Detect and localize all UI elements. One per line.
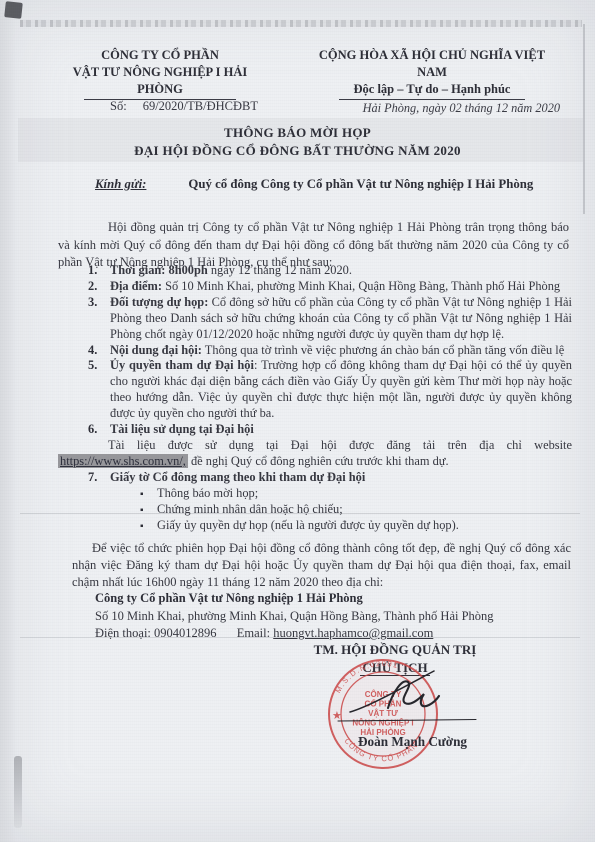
agenda-item-number: 6. (88, 422, 97, 438)
phone-value: 0904012896 (154, 626, 217, 640)
salutation-label: Kính gửi: (95, 177, 146, 191)
scan-artifact-right-line (583, 24, 585, 214)
agenda-item-bring: 7. Giấy tờ Cổ đông mang theo khi tham dự… (58, 470, 572, 486)
signer-name: Đoàn Mạnh Cường (330, 734, 495, 750)
document-title-line1: THÔNG BÁO MỜI HỌP (0, 124, 595, 142)
document-number-value: 69/2020/TB/ĐHCĐBT (143, 99, 258, 113)
handwritten-signature-icon (336, 664, 481, 726)
contact-company: Công ty Cổ phần Vật tư Nông nghiệp 1 Hải… (95, 590, 494, 608)
phone-label: Điện thoại: (95, 626, 151, 640)
agenda-item-documents: 6. Tài liệu sử dụng tại Đại hội (58, 422, 572, 438)
salutation-recipient: Quý cổ đông Công ty Cổ phần Vật tư Nông … (188, 177, 533, 191)
documents-note-post: đề nghị Quý cổ đông nghiên cứu trước khi… (188, 454, 449, 468)
documents-note-pre: Tài liệu được sử dụng tại Đại hội được đ… (108, 438, 572, 452)
agenda-item-text: Số 10 Minh Khai, phường Minh Khai, Quận … (162, 279, 560, 293)
document-title-line2: ĐẠI HỘI ĐỒNG CỔ ĐÔNG BẤT THƯỜNG NĂM 2020 (0, 142, 595, 160)
agenda-item-number: 2. (88, 279, 97, 295)
issuer-name-line2: VẬT TƯ NÔNG NGHIỆP I HẢI PHÒNG (55, 64, 265, 100)
bring-items-list: Thông báo mời họp; Chứng minh nhân dân h… (58, 486, 572, 534)
bring-item-proxy-form: Giấy ủy quyền dự họp (nếu là người được … (58, 518, 572, 534)
agenda-item-time: 1. Thời gian: 8h00ph ngày 12 tháng 12 nă… (58, 263, 572, 279)
bring-item-id: Chứng minh nhân dân hoặc hộ chiếu; (58, 502, 572, 518)
contact-block: Công ty Cổ phần Vật tư Nông nghiệp 1 Hải… (95, 590, 494, 643)
website-link: https://www.shs.com.vn/, (58, 454, 188, 468)
agenda-item-label: Đối tượng dự họp: (110, 295, 208, 309)
agenda-item-label: Thời gian: 8h00ph (110, 263, 208, 277)
agenda-item-label: Địa điểm: (110, 279, 162, 293)
issuer-name-line1: CÔNG TY CỔ PHẦN (55, 47, 265, 64)
scanned-document-page: CÔNG TY CỔ PHẦN VẬT TƯ NÔNG NGHIỆP I HẢI… (0, 0, 595, 842)
place-date-line: Hải Phòng, ngày 02 tháng 12 năm 2020 (340, 101, 560, 116)
agenda-item-label: Tài liệu sử dụng tại Đại hội (110, 422, 254, 436)
agenda-item-content: 4. Nội dung đại hội: Thông qua tờ trình … (58, 343, 572, 359)
agenda-item-number: 7. (88, 470, 97, 486)
documents-note: Tài liệu được sử dụng tại Đại hội được đ… (58, 438, 572, 470)
closing-paragraph: Để việc tổ chức phiên họp Đại hội đồng c… (72, 540, 571, 592)
document-title: THÔNG BÁO MỜI HỌP ĐẠI HỘI ĐỒNG CỔ ĐÔNG B… (0, 124, 595, 159)
scan-artifact-bottom-smudge (14, 756, 22, 828)
scan-artifact-top-band (20, 20, 582, 27)
agenda-item-number: 5. (88, 358, 97, 374)
agenda-item-number: 3. (88, 295, 97, 311)
scan-artifact-corner-blot (4, 1, 23, 19)
national-motto-line2: Độc lập – Tự do – Hạnh phúc (303, 81, 561, 100)
agenda-item-attendees: 3. Đối tượng dự họp: Cổ đông sở hữu cổ p… (58, 295, 572, 343)
email-value: huongvt.haphamco@gmail.com (273, 626, 433, 640)
agenda-item-location: 2. Địa điểm: Số 10 Minh Khai, phường Min… (58, 279, 572, 295)
email-label: Email: (237, 626, 270, 640)
agenda-item-proxy: 5. Ủy quyền tham dự Đại hội: Trường hợp … (58, 358, 572, 422)
national-motto-line1: CỘNG HÒA XÃ HỘI CHỦ NGHĨA VIỆT NAM (303, 47, 561, 81)
document-number-label: Số: (110, 99, 127, 113)
agenda-item-text: Thông qua tờ trình về việc phương án chà… (202, 343, 564, 357)
agenda-item-number: 4. (88, 343, 97, 359)
agenda-item-label: Nội dung đại hội: (110, 343, 202, 357)
bring-item-notice: Thông báo mời họp; (58, 486, 572, 502)
agenda-item-number: 1. (88, 263, 97, 279)
national-header: CỘNG HÒA XÃ HỘI CHỦ NGHĨA VIỆT NAM Độc l… (303, 47, 561, 100)
salutation-row: Kính gửi:Quý cổ đông Công ty Cổ phần Vật… (95, 177, 533, 192)
document-number: Số:69/2020/TB/ĐHCĐBT (110, 99, 258, 114)
agenda-item-label: Ủy quyền tham dự Đại hội (110, 358, 254, 372)
agenda-item-label: Giấy tờ Cổ đông mang theo khi tham dự Đạ… (110, 470, 365, 484)
contact-address: Số 10 Minh Khai, phường Minh Khai, Quận … (95, 608, 494, 626)
agenda-list: 1. Thời gian: 8h00ph ngày 12 tháng 12 nă… (58, 263, 572, 533)
issuer-block: CÔNG TY CỔ PHẦN VẬT TƯ NÔNG NGHIỆP I HẢI… (55, 47, 265, 100)
agenda-item-text: ngày 12 tháng 12 năm 2020. (208, 263, 352, 277)
